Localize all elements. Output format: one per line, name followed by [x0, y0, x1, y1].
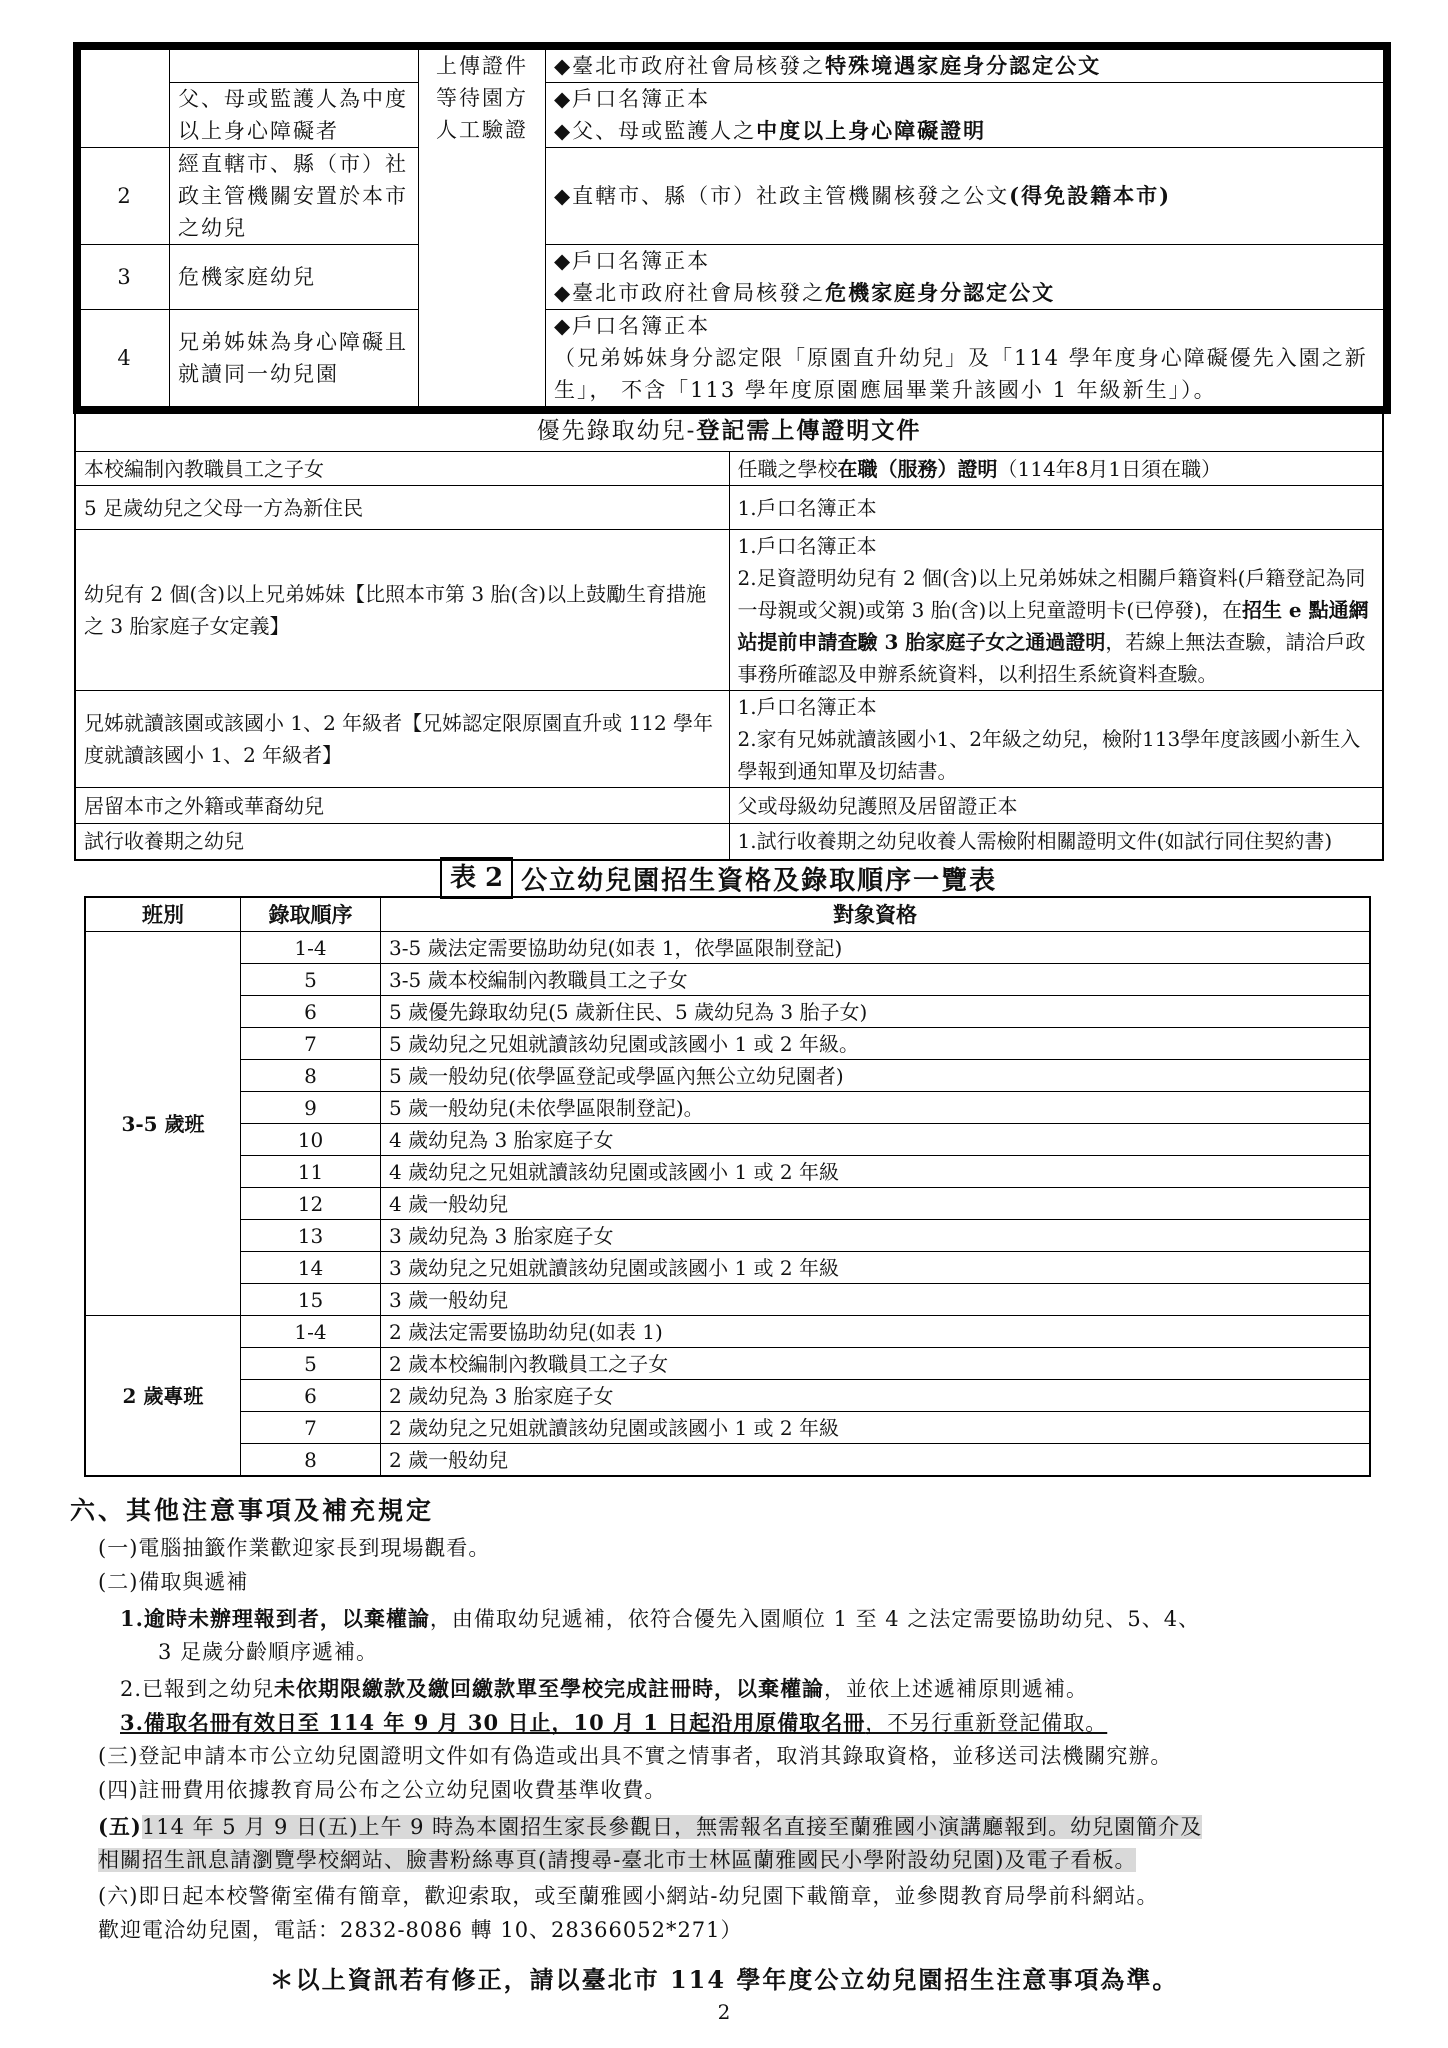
class-group: 2 歲專班 — [85, 1316, 241, 1477]
documents-cell: ◆臺北市政府社會局核發之特殊境遇家庭身分認定公文 — [546, 46, 1388, 83]
note-item-6-cont: 歡迎電洽幼兒園，電話：2832-8086 轉 10、28366052*271） — [98, 1914, 743, 1947]
table-row: 82 歲一般幼兒 — [85, 1444, 1370, 1477]
target-cell: 3 歲幼兒之兄姐就讀該幼兒園或該國小 1 或 2 年級 — [381, 1252, 1371, 1284]
table-row: 124 歲一般幼兒 — [85, 1188, 1370, 1220]
note-item-6: (六)即日起本校警衛室備有簡章，歡迎索取，或至蘭雅國小網站-幼兒園下載簡章，並參… — [98, 1880, 1158, 1913]
document-page: 上傳證件等待園方人工驗證 ◆臺北市政府社會局核發之特殊境遇家庭身分認定公文 父、… — [0, 0, 1448, 2048]
category-cell: 兄弟姊妹為身心障礙且就讀同一幼兒園 — [170, 310, 419, 411]
target-cell: 5 歲一般幼兒(未依學區限制登記)。 — [381, 1092, 1371, 1124]
priority-docs: 任職之學校在職（服務）證明（114年8月1日須在職） — [729, 452, 1383, 486]
header-target: 對象資格 — [381, 897, 1371, 932]
priority-category: 兄姊就讀該園或該國小 1、2 年級者【兄姊認定限原園直升或 112 學年度就讀該… — [75, 691, 729, 788]
target-cell: 5 歲優先錄取幼兒(5 歲新住民、5 歲幼兒為 3 胎子女) — [381, 996, 1371, 1028]
target-cell: 3 歲幼兒為 3 胎家庭子女 — [381, 1220, 1371, 1252]
target-cell: 2 歲本校編制內教職員工之子女 — [381, 1348, 1371, 1380]
priority-category: 幼兒有 2 個(含)以上兄弟姊妹【比照本市第 3 胎(含)以上鼓勵生育措施之 3… — [75, 530, 729, 691]
table-row: 62 歲幼兒為 3 胎家庭子女 — [85, 1380, 1370, 1412]
note-item-2-1-cont: 3 足歲分齡順序遞補。 — [158, 1636, 378, 1669]
order-cell: 5 — [241, 964, 381, 996]
documents-cell: ◆直轄市、縣（市）社政主管機關核發之公文(得免設籍本市) — [546, 148, 1388, 245]
row-number: 3 — [77, 245, 170, 310]
target-cell: 2 歲幼兒為 3 胎家庭子女 — [381, 1380, 1371, 1412]
category-cell: 父、母或監護人為中度以上身心障礙者 — [170, 83, 419, 148]
order-cell: 15 — [241, 1284, 381, 1316]
order-cell: 1-4 — [241, 1316, 381, 1348]
table-row: 75 歲幼兒之兄姐就讀該幼兒園或該國小 1 或 2 年級。 — [85, 1028, 1370, 1060]
table-label: 表 2 — [440, 857, 513, 899]
order-cell: 13 — [241, 1220, 381, 1252]
priority-category: 本校編制內教職員工之子女 — [75, 452, 729, 486]
priority-docs: 1.戶口名簿正本 — [729, 486, 1383, 530]
table-row: 114 歲幼兒之兄姐就讀該幼兒園或該國小 1 或 2 年級 — [85, 1156, 1370, 1188]
note-item-2-1: 1.逾時未辦理報到者，以棄權論，由備取幼兒遞補，依符合優先入園順位 1 至 4 … — [120, 1602, 1200, 1636]
category-cell — [170, 46, 419, 83]
target-cell: 2 歲幼兒之兄姐就讀該幼兒園或該國小 1 或 2 年級 — [381, 1412, 1371, 1444]
order-cell: 14 — [241, 1252, 381, 1284]
table-row: 133 歲幼兒為 3 胎家庭子女 — [85, 1220, 1370, 1252]
order-cell: 6 — [241, 1380, 381, 1412]
note-item-2-2: 2.已報到之幼兒未依期限繳款及繳回繳款單至學校完成註冊時，以棄權論，並依上述遞補… — [120, 1672, 1088, 1706]
priority-docs: 父或母級幼兒護照及居留證正本 — [729, 788, 1383, 824]
priority-docs: 1.試行收養期之幼兒收養人需檢附相關證明文件(如試行同住契約書) — [729, 824, 1383, 860]
note-item-1: (一)電腦抽籤作業歡迎家長到現場觀看。 — [98, 1532, 490, 1565]
documents-cell: ◆戶口名簿正本 ◆臺北市政府社會局核發之危機家庭身分認定公文 — [546, 245, 1388, 310]
order-cell: 7 — [241, 1412, 381, 1444]
target-cell: 3 歲一般幼兒 — [381, 1284, 1371, 1316]
order-cell: 12 — [241, 1188, 381, 1220]
priority-category: 5 足歲幼兒之父母一方為新住民 — [75, 486, 729, 530]
table-row: 72 歲幼兒之兄姐就讀該幼兒園或該國小 1 或 2 年級 — [85, 1412, 1370, 1444]
table-title: 優先錄取幼兒-登記需上傳證明文件 — [75, 410, 1383, 452]
target-cell: 2 歲一般幼兒 — [381, 1444, 1371, 1477]
documents-cell: ◆戶口名簿正本 ◆父、母或監護人之中度以上身心障礙證明 — [546, 83, 1388, 148]
priority-docs: 1.戶口名簿正本 2.家有兄姊就讀該國小1、2年級之幼兒，檢附113學年度該國小… — [729, 691, 1383, 788]
order-cell: 1-4 — [241, 932, 381, 964]
header-class: 班別 — [85, 897, 241, 932]
order-cell: 5 — [241, 1348, 381, 1380]
note-item-2-3: 3.備取名冊有效日至 114 年 9 月 30 日止，10 月 1 日起沿用原備… — [120, 1706, 1107, 1740]
table2-caption: 表 2 公立幼兒園招生資格及錄取順序一覽表 — [440, 858, 997, 898]
row-number: 2 — [77, 148, 170, 245]
target-cell: 5 歲一般幼兒(依學區登記或學區內無公立幼兒園者) — [381, 1060, 1371, 1092]
target-cell: 4 歲一般幼兒 — [381, 1188, 1371, 1220]
note-item-3: (三)登記申請本市公立幼兒園證明文件如有偽造或出具不實之情事者，取消其錄取資格，… — [98, 1740, 1172, 1773]
category-cell: 危機家庭幼兒 — [170, 245, 419, 310]
class-group: 3-5 歲班 — [85, 932, 241, 1316]
header-order: 錄取順序 — [241, 897, 381, 932]
note-item-5-cont: 相關招生訊息請瀏覽學校網站、臉書粉絲專頁(請搜尋-臺北市士林區蘭雅國民小學附設幼… — [98, 1844, 1136, 1877]
order-cell: 6 — [241, 996, 381, 1028]
table-row: 153 歲一般幼兒 — [85, 1284, 1370, 1316]
category-cell: 經直轄市、縣（市）社政主管機關安置於本市之幼兒 — [170, 148, 419, 245]
target-cell: 3-5 歲本校編制內教職員工之子女 — [381, 964, 1371, 996]
table-row: 85 歲一般幼兒(依學區登記或學區內無公立幼兒園者) — [85, 1060, 1370, 1092]
target-cell: 4 歲幼兒之兄姐就讀該幼兒園或該國小 1 或 2 年級 — [381, 1156, 1371, 1188]
table-row: 104 歲幼兒為 3 胎家庭子女 — [85, 1124, 1370, 1156]
table-row: 3-5 歲班 1-4 3-5 歲法定需要協助幼兒(如表 1，依學區限制登記) — [85, 932, 1370, 964]
target-cell: 5 歲幼兒之兄姐就讀該幼兒園或該國小 1 或 2 年級。 — [381, 1028, 1371, 1060]
admission-order-table: 班別 錄取順序 對象資格 3-5 歲班 1-4 3-5 歲法定需要協助幼兒(如表… — [84, 896, 1371, 1477]
legal-assistance-table: 上傳證件等待園方人工驗證 ◆臺北市政府社會局核發之特殊境遇家庭身分認定公文 父、… — [73, 42, 1391, 414]
verification-mode-cell: 上傳證件等待園方人工驗證 — [419, 46, 546, 410]
target-cell: 2 歲法定需要協助幼兒(如表 1) — [381, 1316, 1371, 1348]
priority-category: 試行收養期之幼兒 — [75, 824, 729, 860]
row-number — [77, 46, 170, 148]
target-cell: 4 歲幼兒為 3 胎家庭子女 — [381, 1124, 1371, 1156]
order-cell: 11 — [241, 1156, 381, 1188]
order-cell: 8 — [241, 1060, 381, 1092]
order-cell: 10 — [241, 1124, 381, 1156]
priority-admission-table: 優先錄取幼兒-登記需上傳證明文件 本校編制內教職員工之子女 任職之學校在職（服務… — [74, 409, 1384, 861]
documents-cell: ◆戶口名簿正本 （兄弟姊妹身分認定限「原園直升幼兒」及「114 學年度身心障礙優… — [546, 310, 1388, 411]
priority-category: 居留本市之外籍或華裔幼兒 — [75, 788, 729, 824]
table-row: 2 歲專班 1-4 2 歲法定需要協助幼兒(如表 1) — [85, 1316, 1370, 1348]
order-cell: 7 — [241, 1028, 381, 1060]
priority-docs: 1.戶口名簿正本 2.足資證明幼兒有 2 個(含)以上兄弟姊妹之相關戶籍資料(戶… — [729, 530, 1383, 691]
table-row: 52 歲本校編制內教職員工之子女 — [85, 1348, 1370, 1380]
order-cell: 8 — [241, 1444, 381, 1477]
section-heading: 六、其他注意事項及補充規定 — [70, 1494, 434, 1527]
note-item-2: (二)備取與遞補 — [98, 1566, 248, 1599]
target-cell: 3-5 歲法定需要協助幼兒(如表 1，依學區限制登記) — [381, 932, 1371, 964]
table-row: 53-5 歲本校編制內教職員工之子女 — [85, 964, 1370, 996]
page-number: 2 — [0, 2000, 1448, 2024]
table-row: 65 歲優先錄取幼兒(5 歲新住民、5 歲幼兒為 3 胎子女) — [85, 996, 1370, 1028]
row-number: 4 — [77, 310, 170, 411]
note-item-5: (五)114 年 5 月 9 日(五)上午 9 時為本園招生家長參觀日，無需報名… — [98, 1810, 1202, 1844]
table-title: 公立幼兒園招生資格及錄取順序一覽表 — [513, 860, 997, 897]
note-item-4: (四)註冊費用依據教育局公布之公立幼兒園收費基準收費。 — [98, 1774, 666, 1807]
table-row: 95 歲一般幼兒(未依學區限制登記)。 — [85, 1092, 1370, 1124]
table-row: 143 歲幼兒之兄姐就讀該幼兒園或該國小 1 或 2 年級 — [85, 1252, 1370, 1284]
order-cell: 9 — [241, 1092, 381, 1124]
footer-note: ＊以上資訊若有修正，請以臺北市 114 學年度公立幼兒園招生注意事項為準。 — [0, 1960, 1448, 1995]
